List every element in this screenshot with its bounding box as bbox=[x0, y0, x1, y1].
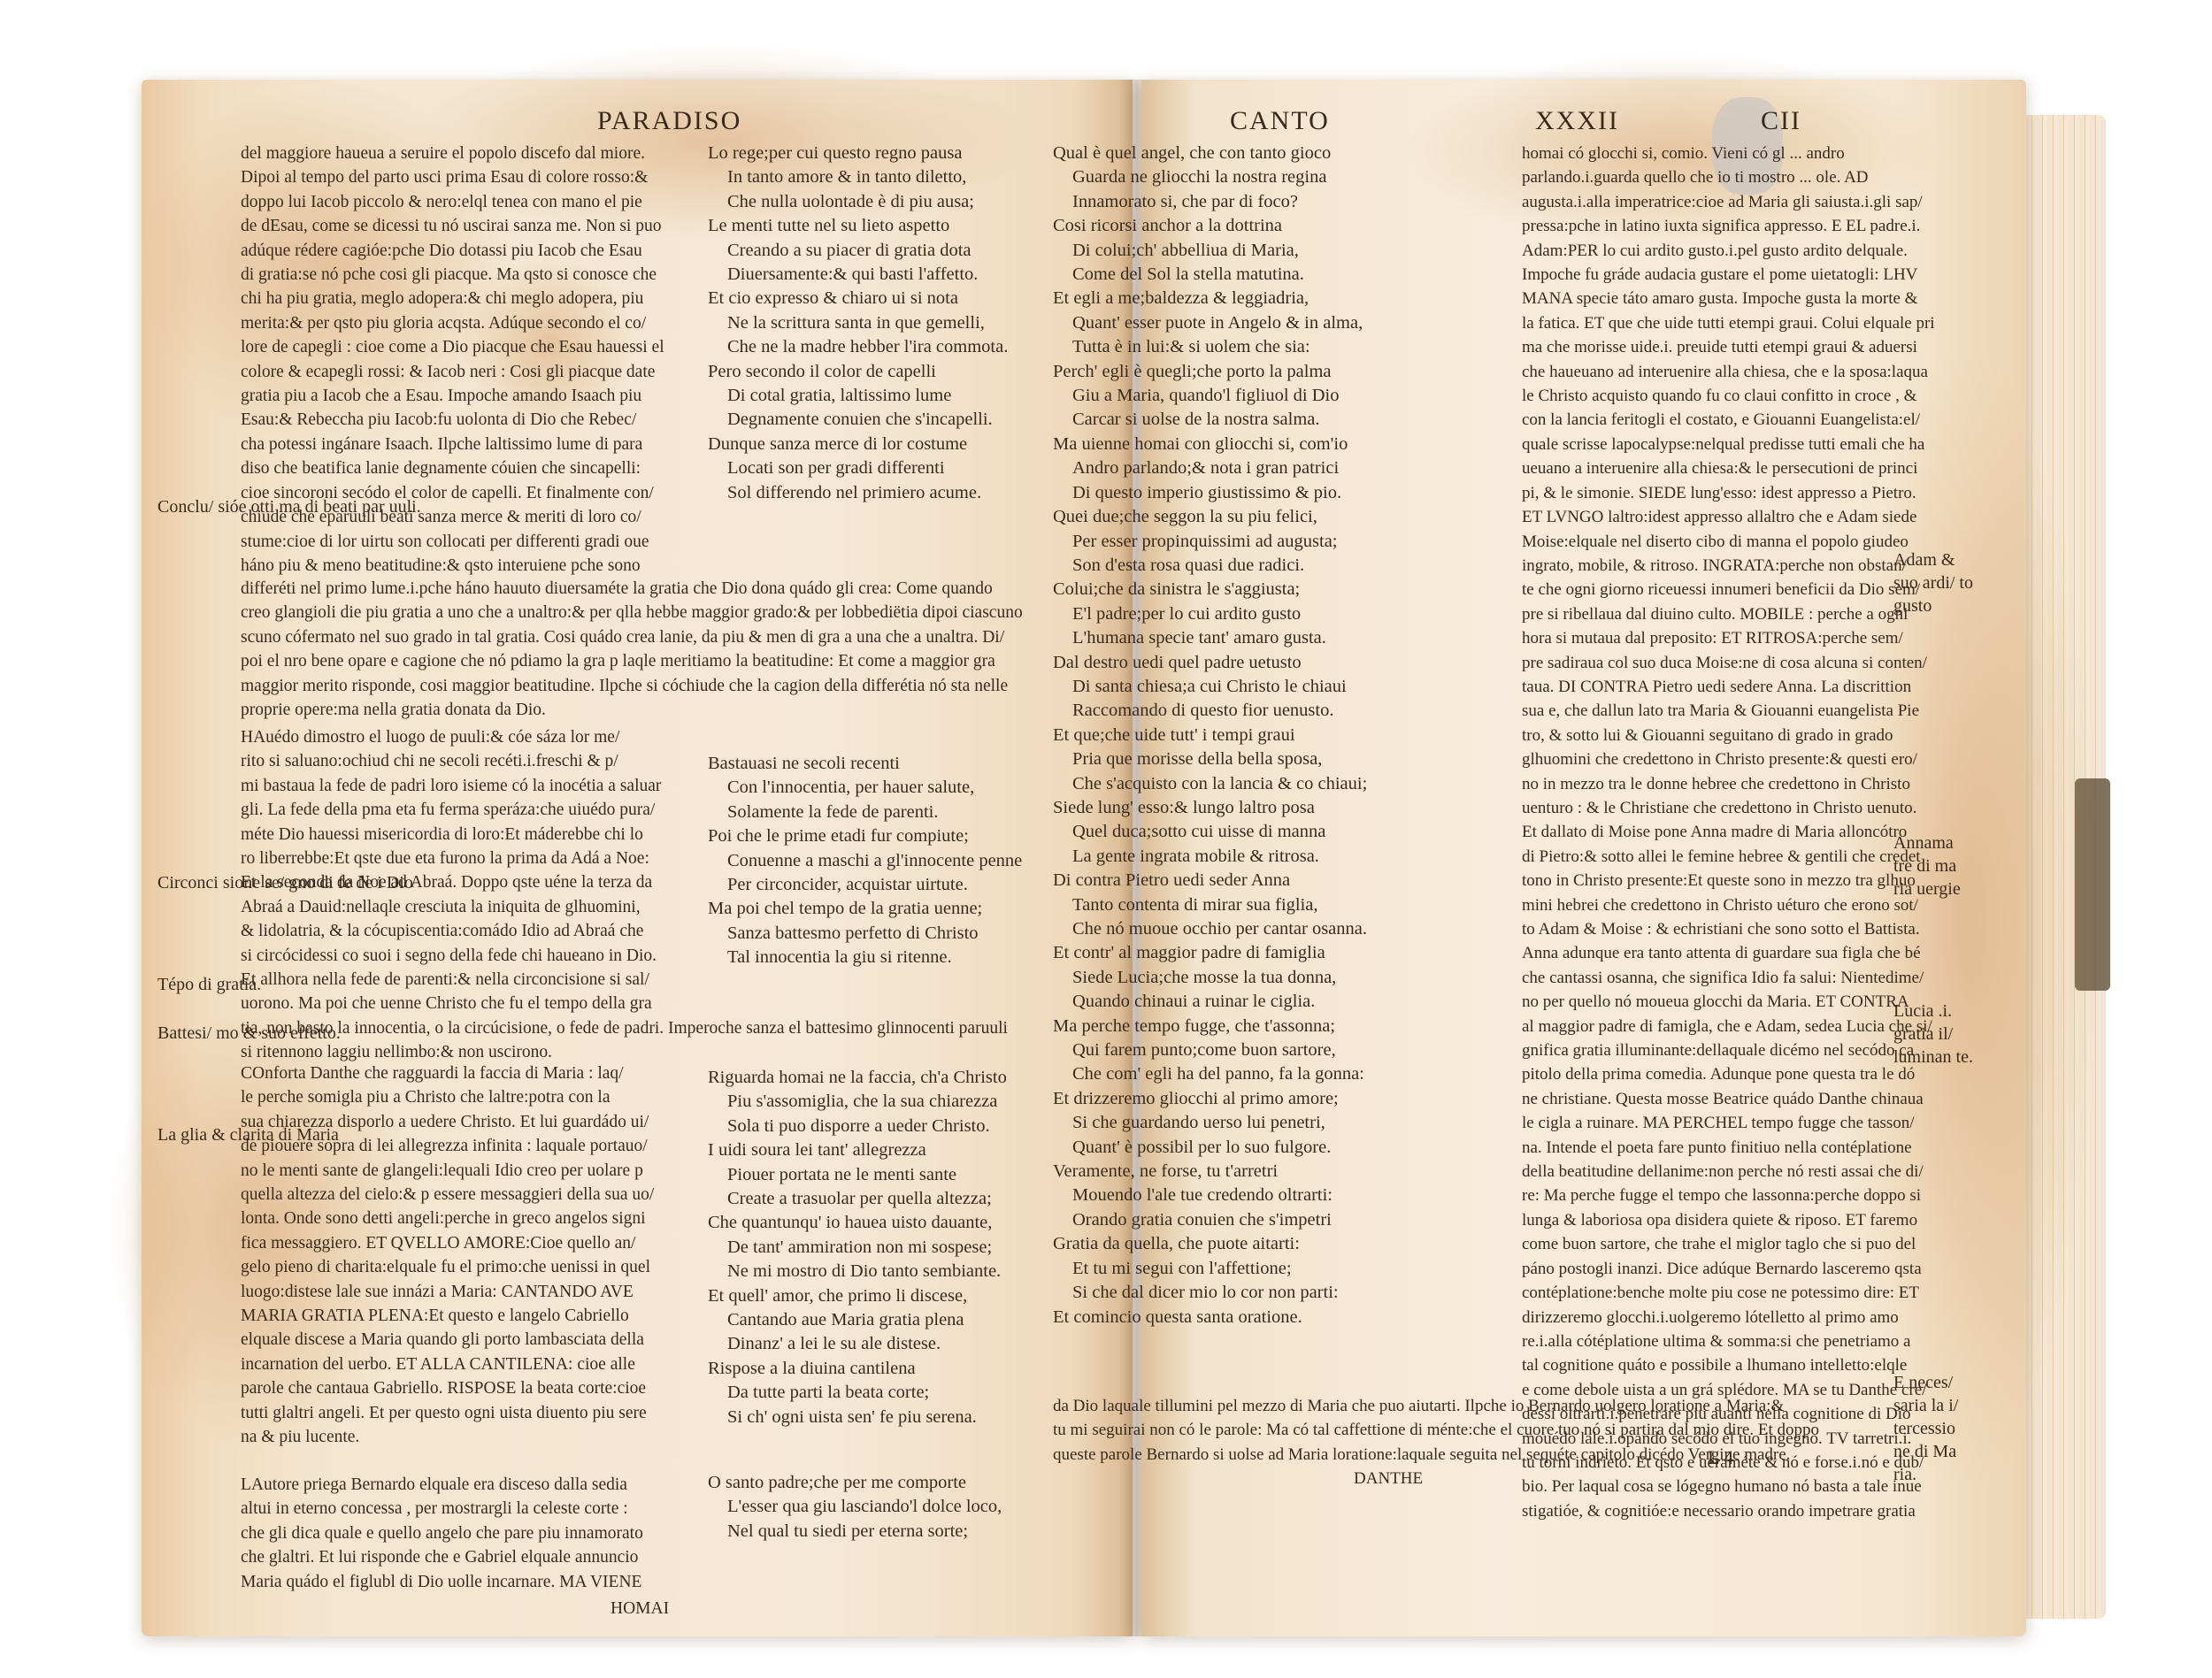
commentary-line: fica messaggiero. ET QVELLO AMORE:Cioe q… bbox=[241, 1231, 654, 1255]
verse-line: Dunque sanza merce di lor costume bbox=[708, 433, 1008, 456]
commentary-line: la fatica. ET que che uide tutti etempi … bbox=[1522, 311, 1935, 335]
right-page: CANTO XXXII CII Qual è quel angel, che c… bbox=[1141, 80, 2026, 1636]
margin-note: La glia & clarita di Maria bbox=[157, 1123, 339, 1146]
verse-line: Come del Sol la stella matutina. bbox=[1053, 263, 1367, 287]
commentary-line: no le menti sante de glangeli:lequali Id… bbox=[241, 1159, 654, 1183]
commentary-line: lore de capegli : cioe come a Dio piacqu… bbox=[241, 335, 664, 359]
commentary-line: merita:& per qsto piu gloria acqsta. Adú… bbox=[241, 311, 664, 335]
commentary-line: contéplatione:benche molte piu cose ne p… bbox=[1522, 1281, 1935, 1305]
running-head: PARADISO bbox=[597, 106, 741, 136]
commentary-line: le perche somigla piu a Christo che lalt… bbox=[241, 1085, 654, 1109]
verse-line: Ma uienne homai con gliocchi si, com'io bbox=[1053, 433, 1367, 456]
verse-line: Di questo imperio giustissimo & pio. bbox=[1053, 481, 1367, 505]
commentary-line: ET LVNGO laltro:idest appresso allaltro … bbox=[1522, 505, 1935, 529]
verse-line: Gratia da quella, che puote aitarti: bbox=[1053, 1232, 1367, 1256]
commentary-line: Maria quádo el figlubl di Dio uolle inca… bbox=[241, 1570, 643, 1594]
verse-line: Mouendo l'ale tue credendo oltrarti: bbox=[1053, 1184, 1367, 1207]
verse-line: Quel duca;sotto cui uisse di manna bbox=[1053, 820, 1367, 844]
verse-line: Et tu mi segui con l'affettione; bbox=[1053, 1257, 1367, 1281]
commentary-line: lonta. Onde sono detti angeli:perche in … bbox=[241, 1207, 654, 1230]
verse-line: Son d'esta rosa quasi due radici. bbox=[1053, 554, 1367, 578]
commentary-line: del maggiore haueua a seruire el popolo … bbox=[241, 142, 664, 165]
commentary-line: Esau:& Rebeccha piu Iacob:fu uolonta di … bbox=[241, 408, 664, 432]
verse-line: Che nulla uolontade è di piu ausa; bbox=[708, 190, 1008, 214]
commentary-line: tutti glaltri angeli. Et per questo ogni… bbox=[241, 1401, 654, 1425]
verse-line: Di cotal gratia, laltissimo lume bbox=[708, 384, 1008, 408]
verse-line: Bastauasi ne secoli recenti bbox=[708, 752, 1022, 776]
commentary-line: Moise:elquale nel diserto cibo di manna … bbox=[1522, 530, 1935, 554]
commentary-line: bio. Per laqual cosa se lógegno humano n… bbox=[1522, 1475, 1935, 1498]
margin-note: Adam & suo ardi/ to gusto bbox=[1893, 548, 1973, 617]
commentary-line: Dipoi al tempo del parto usci prima Esau… bbox=[241, 165, 664, 189]
commentary-line: uenturo : & le Christiane che credettono… bbox=[1522, 796, 1935, 820]
verse-line: Et que;che uide tutt' i tempi graui bbox=[1053, 724, 1367, 747]
commentary-line: re.i.alla cótéplatione ultima & somma:si… bbox=[1522, 1329, 1935, 1353]
commentary-line: quale scrisse lapocalypse:nelqual predis… bbox=[1522, 433, 1935, 456]
verse-line: Che com' egli ha del panno, fa la gonna: bbox=[1053, 1062, 1367, 1086]
verse-line: Da tutte parti la beata corte; bbox=[708, 1381, 1007, 1405]
margin-note: Annama tre di ma ria uergie bbox=[1893, 831, 1973, 900]
commentary-line: pre sadiraua col suo duca Moise:ne di co… bbox=[1522, 651, 1935, 675]
verse-line: Solamente la fede de parenti. bbox=[708, 801, 1022, 824]
verse-line: Andro parlando;& nota i gran patrici bbox=[1053, 456, 1367, 480]
verse-line: Qual è quel angel, che con tanto gioco bbox=[1053, 142, 1367, 165]
verse-line: Per esser propinquissimi ad augusta; bbox=[1053, 530, 1367, 554]
commentary-line: gelo pieno di charita:elquale fu el prim… bbox=[241, 1255, 654, 1279]
verse-line: Quant' esser puote in Angelo & in alma, bbox=[1053, 311, 1367, 335]
commentary-end: LAutore priega Bernardo elquale era disc… bbox=[241, 1473, 643, 1594]
commentary-line: pi, & le simonie. SIEDE lung'esso: idest… bbox=[1522, 481, 1935, 505]
verse-line: Siede lung' esso:& lungo laltro posa bbox=[1053, 796, 1367, 820]
left-page: PARADISO del maggiore haueua a seruire e… bbox=[142, 80, 1133, 1636]
verse-line: Et quell' amor, che primo li discese, bbox=[708, 1284, 1007, 1308]
verse-line: Piu s'assomiglia, che la sua chiarezza bbox=[708, 1090, 1007, 1114]
verse-line: La gente ingrata mobile & ritrosa. bbox=[1053, 845, 1367, 869]
verse-line: Di colui;ch' abbelliua di Maria, bbox=[1053, 239, 1367, 263]
verse-line: In tanto amore & in tanto diletto, bbox=[708, 165, 1008, 189]
commentary-line: augusta.i.alla imperatrice:cioe ad Maria… bbox=[1522, 190, 1935, 214]
verse-line: Piouer portata ne le menti sante bbox=[708, 1163, 1007, 1187]
commentary-line: che haueuano ad interuenire alla chiesa,… bbox=[1522, 360, 1935, 384]
verse-line: Pria que morisse della bella sposa, bbox=[1053, 747, 1367, 771]
commentary-line: tono in Christo presente:Et queste sono … bbox=[1522, 869, 1935, 893]
commentary-line: uorono. Ma poi che uenne Christo che fu … bbox=[241, 992, 1008, 1015]
verse-line: L'esser qua giu lasciando'l dolce loco, bbox=[708, 1495, 1002, 1519]
commentary-wide: differéti nel primo lume.i.pche háno hau… bbox=[241, 577, 1023, 722]
commentary-line: mini hebrei che credettono in Christo ué… bbox=[1522, 893, 1935, 917]
verse-line: Riguarda homai ne la faccia, ch'a Christ… bbox=[708, 1066, 1007, 1090]
commentary-line: pre si ribellaua dal diuino culto. MOBIL… bbox=[1522, 602, 1935, 626]
verse-line: Nel qual tu siedi per eterna sorte; bbox=[708, 1520, 1002, 1544]
verse-line: Ne mi mostro di Dio tanto sembiante. bbox=[708, 1260, 1007, 1283]
commentary-line: della beatitudine dellanime:non perche n… bbox=[1522, 1160, 1935, 1184]
commentary-line: glhuomini che credettono in Christo pres… bbox=[1522, 747, 1935, 771]
commentary-line: Anna adunque era tanto attenta di guarda… bbox=[1522, 941, 1935, 965]
margin-note: Circonci sione se/ gno di fe de i Dio bbox=[157, 871, 413, 894]
verse-line: Ma poi chel tempo de la gratia uenne; bbox=[708, 897, 1022, 921]
verse-line: De tant' ammiration non mi sospese; bbox=[708, 1236, 1007, 1260]
verse-line: Colui;che da sinistra le s'aggiusta; bbox=[1053, 578, 1367, 601]
verse-line: I uidi soura lei tant' allegrezza bbox=[708, 1138, 1007, 1162]
verse-column: Qual è quel angel, che con tanto giocoGu… bbox=[1053, 142, 1367, 1329]
commentary-line: diso che beatifica lanie degnamente cóui… bbox=[241, 456, 664, 480]
verse-line: Sol differendo nel primiero acume. bbox=[708, 481, 1008, 505]
commentary-line: tia, non basto la innocentia, o la circú… bbox=[241, 1016, 1008, 1040]
verse-line: Tanto contenta di mirar sua figlia, bbox=[1053, 893, 1367, 917]
commentary-line: queste parole Bernardo si uolse ad Maria… bbox=[1053, 1443, 1819, 1467]
commentary-line: COnforta Danthe che ragguardi la faccia … bbox=[241, 1061, 654, 1085]
verse-line: Ma perche tempo fugge, che t'assonna; bbox=[1053, 1015, 1367, 1038]
verse-line: Et cio expresso & chiaro ui si nota bbox=[708, 287, 1008, 310]
commentary-line: Et allhora nella fede de parenti:& nella… bbox=[241, 968, 1008, 992]
commentary-line: che glaltri. Et lui risponde che e Gabri… bbox=[241, 1545, 643, 1569]
verse-line: Conuenne a maschi a gl'innocente penne bbox=[708, 849, 1022, 873]
verse-line: Sola ti puo disporre a ueder Christo. bbox=[708, 1115, 1007, 1138]
commentary-line: pressa:pche in latino iuxta significa ap… bbox=[1522, 214, 1935, 238]
verse-line: Siede Lucia;che mosse la tua donna, bbox=[1053, 966, 1367, 990]
catchword: HOMAI bbox=[611, 1597, 669, 1621]
commentary-line: taua. DI CONTRA Pietro uedi sedere Anna.… bbox=[1522, 675, 1935, 699]
commentary-line: luogo:distese lale sue innázi a Maria: C… bbox=[241, 1280, 654, 1304]
verse-line: Che quantunqu' io hauea uisto dauante, bbox=[708, 1211, 1007, 1235]
commentary-line: Impoche fu gráde audacia gustare el pome… bbox=[1522, 263, 1935, 287]
commentary-line: come buon sartore, che trahe el miglor t… bbox=[1522, 1232, 1935, 1256]
commentary-line: adúque rédere cagióe:pche Dio dotassi pi… bbox=[241, 239, 664, 263]
commentary-line: scuno cófermato nel suo grado in tal gra… bbox=[241, 625, 1023, 649]
folio-number: CII bbox=[1761, 106, 1801, 136]
commentary-bottom: da Dio laquale tillumini pel mezzo di Ma… bbox=[1053, 1394, 1819, 1467]
verse-block-1: Lo rege;per cui questo regno pausaIn tan… bbox=[708, 142, 1008, 505]
commentary-line: MANA specie táto amaro gusta. Impoche gu… bbox=[1522, 287, 1935, 310]
commentary-line: te che ogni giorno riceuessi innumeri be… bbox=[1522, 578, 1935, 601]
margin-note: Tépo di gratia. bbox=[157, 973, 261, 996]
commentary-line: HAuédo dimostro el luogo de puuli:& cóe … bbox=[241, 725, 1008, 749]
commentary-line: Adam:PER lo cui ardito gusto.i.pel gusto… bbox=[1522, 239, 1935, 263]
verse-line: Quant' è possibil per lo suo fulgore. bbox=[1053, 1136, 1367, 1160]
verse-line: Create a trasuolar per quella altezza; bbox=[708, 1187, 1007, 1211]
verse-line: Carcar si uolse de la nostra salma. bbox=[1053, 408, 1367, 432]
commentary-line: parlando.i.guarda quello che io ti mostr… bbox=[1522, 165, 1935, 189]
commentary-line: no in mezzo tra le donne hebree che cred… bbox=[1522, 772, 1935, 796]
verse-line: L'humana specie tant' amaro gusta. bbox=[1053, 626, 1367, 650]
verse-line: Che s'acquisto con la lancia & co chiaui… bbox=[1053, 772, 1367, 796]
verse-line: Cantando aue Maria gratia plena bbox=[708, 1308, 1007, 1332]
verse-line: Qui farem punto;come buon sartore, bbox=[1053, 1038, 1367, 1062]
commentary-line: maggior merito risponde, cosi maggior be… bbox=[241, 674, 1023, 698]
commentary-line: re: Ma perche fugge el tempo che lassonn… bbox=[1522, 1184, 1935, 1207]
verse-line: Poi che le prime etadi fur compiute; bbox=[708, 824, 1022, 848]
commentary-line: stigatióe, & cognitióe:e necessario oran… bbox=[1522, 1499, 1935, 1523]
commentary-line: parole che cantaua Gabriello. RISPOSE la… bbox=[241, 1376, 654, 1400]
verse-line: Pero secondo il color de capelli bbox=[708, 360, 1008, 384]
verse-line: O santo padre;che per me comporte bbox=[708, 1471, 1002, 1495]
margin-note: E neces/ saria la i/ tercessio ne di Ma … bbox=[1893, 1371, 1973, 1486]
commentary-line: na. Intende el poeta fare punto finitiuo… bbox=[1522, 1136, 1935, 1160]
verse-line: Et contr' al maggior padre di famiglia bbox=[1053, 941, 1367, 965]
verse-line: Si ch' ogni uista sen' fe piu serena. bbox=[708, 1406, 1007, 1429]
signature-mark: L 4 bbox=[1708, 1446, 1733, 1469]
commentary-line: proprie opere:ma nella gratia donata da … bbox=[241, 698, 1023, 722]
catchword: DANTHE bbox=[1354, 1467, 1423, 1490]
verse-line: Si che dal dicer mio lo cor non parti: bbox=[1053, 1281, 1367, 1305]
commentary-line: stume:cioe di lor uirtu son collocati pe… bbox=[241, 530, 664, 554]
commentary-line: páno postogli inanzi. Dice adúque Bernar… bbox=[1522, 1257, 1935, 1281]
commentary-line: al maggior padre di famigla, che e Adam,… bbox=[1522, 1015, 1935, 1038]
commentary-line: doppo lui Iacob piccolo & nero:elql tene… bbox=[241, 190, 664, 214]
commentary-line: differéti nel primo lume.i.pche háno hau… bbox=[241, 577, 1023, 601]
commentary-line: pitolo della prima comedia. Adunque pone… bbox=[1522, 1062, 1935, 1086]
commentary-line: na & piu lucente. bbox=[241, 1425, 654, 1449]
commentary-line: con la lancia feritogli el costato, e Gi… bbox=[1522, 408, 1935, 432]
commentary-line: di Pietro:& sotto allei le femine hebree… bbox=[1522, 845, 1935, 869]
verse-line: Lo rege;per cui questo regno pausa bbox=[708, 142, 1008, 165]
commentary-line: colore & ecapegli rossi: & Iacob neri : … bbox=[241, 360, 664, 384]
commentary-line: cha potessi ingánare Isaach. Ilpche lalt… bbox=[241, 433, 664, 456]
verse-line: Veramente, ne forse, tu t'arretri bbox=[1053, 1160, 1367, 1184]
commentary-line: tal cognitione quáto e possibile a lhuma… bbox=[1522, 1353, 1935, 1377]
verse-line: Perch' egli è quegli;che porto la palma bbox=[1053, 360, 1367, 384]
commentary-line: LAutore priega Bernardo elquale era disc… bbox=[241, 1473, 643, 1497]
commentary-line: lunga & laboriosa opa disidera quiete & … bbox=[1522, 1208, 1935, 1232]
verse-line: Che ne la madre hebber l'ira commota. bbox=[708, 335, 1008, 359]
commentary-line: di gratia:se nó pche cosi gli piacque. M… bbox=[241, 263, 664, 287]
verse-line: Per circoncider, acquistar uirtute. bbox=[708, 873, 1022, 897]
commentary-line: MARIA GRATIA PLENA:Et questo e langelo C… bbox=[241, 1304, 654, 1328]
commentary-line: to Adam & Moise : & echristiani che sono… bbox=[1522, 917, 1935, 941]
margin-note: Lucia .i. gratia il/ luminan te. bbox=[1893, 1000, 1973, 1069]
verse-line: Et comincio questa santa oratione. bbox=[1053, 1306, 1367, 1329]
verse-line: Tal innocentia la giu si ritenne. bbox=[708, 946, 1022, 969]
verse-line: Et egli a me;baldezza & leggiadria, bbox=[1053, 287, 1367, 310]
verse-line: Quando chinaui a ruinar le ciglia. bbox=[1053, 990, 1367, 1014]
commentary-line: homai có glocchi si, comio. Vieni có gl … bbox=[1522, 142, 1935, 165]
open-book: PARADISO del maggiore haueua a seruire e… bbox=[133, 80, 2106, 1636]
commentary-line: ma che morisse uide.i. preuide tutti ete… bbox=[1522, 335, 1935, 359]
commentary-line: dirizzeremo glocchi.i.uolgeremo lótellet… bbox=[1522, 1306, 1935, 1329]
margin-note: Battesi/ mo & suo effetto. bbox=[157, 1022, 341, 1045]
margin-note: Conclu/ sióe otti ma di beati par uuli. bbox=[157, 495, 421, 518]
verse-block-4: O santo padre;che per me comporteL'esser… bbox=[708, 1471, 1002, 1544]
commentary-line: elquale discese a Maria quando gli porto… bbox=[241, 1328, 654, 1352]
commentary-line: gnifica gratia illuminante:dellaquale di… bbox=[1522, 1038, 1935, 1062]
commentary-line: gratia piu a Iacob che a Esau. Impoche a… bbox=[241, 384, 664, 408]
commentary-line: quella altezza del cielo:& p essere mess… bbox=[241, 1183, 654, 1207]
commentary-line: sua e, che dallun lato tra Maria & Gioua… bbox=[1522, 699, 1935, 723]
verse-line: Di santa chiesa;a cui Christo le chiaui bbox=[1053, 675, 1367, 699]
verse-line: Sanza battesmo perfetto di Christo bbox=[708, 922, 1022, 946]
verse-line: Le menti tutte nel su lieto aspetto bbox=[708, 214, 1008, 238]
verse-line: Locati son per gradi differenti bbox=[708, 456, 1008, 480]
running-head-canto: CANTO bbox=[1230, 106, 1330, 136]
verse-block-3: Riguarda homai ne la faccia, ch'a Christ… bbox=[708, 1066, 1007, 1429]
commentary-line: incarnation del uerbo. ET ALLA CANTILENA… bbox=[241, 1352, 654, 1376]
verse-line: Et drizzeremo gliocchi al primo amore; bbox=[1053, 1087, 1367, 1111]
verse-line: Si che guardando uerso lui penetri, bbox=[1053, 1111, 1367, 1135]
verse-line: Orando gratia conuien che s'impetri bbox=[1053, 1208, 1367, 1232]
verse-line: Raccomando di questo fior uenusto. bbox=[1053, 699, 1367, 723]
verse-line: Quei due;che seggon la su piu felici, bbox=[1053, 505, 1367, 529]
verse-line: Di contra Pietro uedi seder Anna bbox=[1053, 869, 1367, 893]
commentary-line: altui in eterno concessa , per mostrargl… bbox=[241, 1497, 643, 1521]
commentary-line: poi el nro bene opare e cagione che nó p… bbox=[241, 649, 1023, 673]
commentary-line: tu mi seguirai non có le parole: Ma có t… bbox=[1053, 1418, 1819, 1442]
verse-line: Che nó muoue occhio per cantar osanna. bbox=[1053, 917, 1367, 941]
commentary-line: tro, & sotto lui & Giouanni seguitano di… bbox=[1522, 724, 1935, 747]
commentary-line: che cantassi osanna, che significa Idio … bbox=[1522, 966, 1935, 990]
verse-line: E'l padre;per lo cui ardito gusto bbox=[1053, 602, 1367, 626]
commentary-line: hora si mutaua dal preposito: ET RITROSA… bbox=[1522, 626, 1935, 650]
verse-line: Con l'innocentia, per hauer salute, bbox=[708, 776, 1022, 800]
verse-line: Dinanz' a lei le su ale distese. bbox=[708, 1332, 1007, 1356]
verse-line: Giu a Maria, quando'l figliuol di Dio bbox=[1053, 384, 1367, 408]
commentary-line: da Dio laquale tillumini pel mezzo di Ma… bbox=[1053, 1394, 1819, 1418]
verse-line: Rispose a la diuina cantilena bbox=[708, 1357, 1007, 1381]
verse-line: Creando a su piacer di gratia dota bbox=[708, 239, 1008, 263]
verse-line: Tutta è in lui:& si uolem che sia: bbox=[1053, 335, 1367, 359]
commentary-low: COnforta Danthe che ragguardi la faccia … bbox=[241, 1061, 654, 1450]
commentary-line: ne christiane. Questa mosse Beatrice quá… bbox=[1522, 1087, 1935, 1111]
commentary-line: creo glangioli die piu gratia a uno che … bbox=[241, 601, 1023, 624]
verse-block-2: Bastauasi ne secoli recentiCon l'innocen… bbox=[708, 752, 1022, 970]
verse-line: Cosi ricorsi anchor a la dottrina bbox=[1053, 214, 1367, 238]
verse-line: Diuersamente:& qui basti l'affetto. bbox=[708, 263, 1008, 287]
commentary-line: chi ha piu gratia, meglo adopera:& chi m… bbox=[241, 287, 664, 310]
commentary-line: ueuano a interuenire alla chiesa:& le pe… bbox=[1522, 456, 1935, 480]
commentary-column: homai có glocchi si, comio. Vieni có gl … bbox=[1522, 142, 1935, 1523]
commentary-line: che gli dica quale e quello angelo che p… bbox=[241, 1521, 643, 1545]
commentary-line: no per quello nó moueua glocchi da Maria… bbox=[1522, 990, 1935, 1014]
running-head-number: XXXII bbox=[1535, 106, 1619, 136]
verse-line: Innamorato si, che par di foco? bbox=[1053, 190, 1367, 214]
commentary-line: de dEsau, come se dicessi tu nó uscirai … bbox=[241, 214, 664, 238]
commentary-line: Et dallato di Moise pone Anna madre di M… bbox=[1522, 820, 1935, 844]
verse-line: Dal destro uedi quel padre uetusto bbox=[1053, 651, 1367, 675]
commentary-line: le cigla a ruinare. MA PERCHEL tempo fug… bbox=[1522, 1111, 1935, 1135]
commentary-line: háno piu & meno beatitudine:& qsto inter… bbox=[241, 554, 664, 578]
verse-line: Degnamente conuien che s'incapelli. bbox=[708, 408, 1008, 432]
commentary-line: ingrato, mobile, & ritroso. INGRATA:perc… bbox=[1522, 554, 1935, 578]
commentary-line: le Christo acquisto quando fu co claui c… bbox=[1522, 384, 1935, 408]
verse-line: Guarda ne gliocchi la nostra regina bbox=[1053, 165, 1367, 189]
verse-line: Ne la scrittura santa in que gemelli, bbox=[708, 311, 1008, 335]
